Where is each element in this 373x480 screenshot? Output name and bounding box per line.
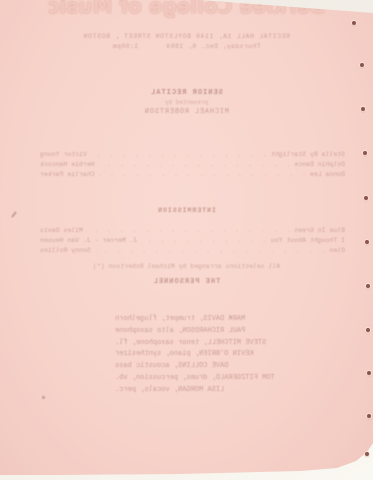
- song-title: Oleo: [329, 247, 345, 254]
- personnel-line: TOM FITZGERALD, drums, percussion, vb.: [115, 373, 275, 385]
- program-line: Stella By Starlight . . . . . . . . . . …: [40, 151, 345, 158]
- recital-title: SENIOR RECITAL: [0, 89, 373, 97]
- song-title: Dolphin Dance: [294, 161, 345, 168]
- dot-leader: . . . . . . . . . . . . . . . . . . . . …: [95, 247, 326, 254]
- song-credit: Miles Davis: [40, 227, 83, 234]
- personnel-line: LISA MORGAN, vocals, perc.: [115, 385, 275, 397]
- punch-hole: [364, 196, 368, 200]
- program-line: Dolphin Dance . . . . . . . . . . . . . …: [40, 161, 345, 168]
- personnel-line: MARK DAVIS, trumpet, flugelhorn: [115, 314, 275, 326]
- dot-leader: . . . . . . . . . . . . . . . . . . . . …: [91, 151, 267, 158]
- personnel-line: KEVIN O'BRIEN, piano, synthesizer: [115, 349, 275, 361]
- song-credit: Herbie Hancock: [40, 161, 95, 168]
- presented-by-label: presented by: [0, 99, 373, 106]
- program-line: I Thought About You . . . . . . . . . . …: [40, 237, 345, 244]
- song-credit: Charlie Parker: [40, 171, 95, 178]
- dot-leader: . . . . . . . . . . . . . . . . . . . . …: [87, 227, 290, 234]
- dot-leader: . . . . . . . . . . . . . . . . . . . . …: [142, 237, 267, 244]
- song-title: Stella By Starlight: [271, 151, 345, 158]
- punch-hole: [361, 107, 365, 111]
- bleedthrough-layer: Berklee College of Music RECITAL HALL 1A…: [0, 0, 373, 480]
- song-credit: Sonny Rollins: [40, 247, 91, 254]
- program-line: Donna Lee . . . . . . . . . . . . . . . …: [40, 171, 345, 178]
- song-title: Donna Lee: [310, 171, 345, 178]
- dust-speck: [229, 316, 231, 318]
- punch-hole: [367, 371, 371, 375]
- song-credit: J. Mercer - J. Van Heusen: [40, 237, 138, 244]
- song-title: I Thought About You: [271, 237, 345, 244]
- punch-hole: [366, 328, 370, 332]
- bleedthrough-logo: Berklee College of Music: [0, 0, 373, 18]
- venue-line: RECITAL HALL 1A, 1140 BOYLSTON STREET , …: [0, 33, 373, 40]
- song-credit: Victor Young: [40, 151, 87, 158]
- dot-leader: . . . . . . . . . . . . . . . . . . . . …: [99, 171, 306, 178]
- punch-hole: [367, 414, 371, 418]
- performer-name: MICHAEL ROBERTSON: [0, 108, 373, 116]
- punch-hole: [363, 151, 367, 155]
- program-line: Oleo . . . . . . . . . . . . . . . . . .…: [40, 247, 345, 254]
- punch-hole: [365, 240, 369, 244]
- punch-hole: [360, 63, 364, 67]
- personnel-list: MARK DAVIS, trumpet, flugelhorn PAUL RIC…: [115, 314, 275, 397]
- program-line: Blue In Green . . . . . . . . . . . . . …: [40, 227, 345, 234]
- punch-hole: [352, 21, 356, 25]
- date-text: Thursday, Dec. 6, 1984: [166, 43, 261, 50]
- song-title: Blue In Green: [294, 227, 345, 234]
- paper: Berklee College of Music RECITAL HALL 1A…: [0, 0, 373, 480]
- personnel-line: STEVE MITCHELL, tenor saxophone, fl.: [115, 338, 275, 350]
- personnel-line: PAUL RICHARDSON, alto saxophone: [115, 326, 275, 338]
- dot-leader: . . . . . . . . . . . . . . . . . . . . …: [99, 161, 291, 168]
- arranger-note: All selections arranged by Michael Rober…: [0, 263, 373, 270]
- dust-speck: [42, 396, 45, 399]
- date-line: Thursday, Dec. 6, 19841:00pm: [0, 43, 373, 50]
- personnel-line: DAVE COLLINS, acoustic bass: [115, 361, 275, 373]
- time-text: 1:00pm: [112, 43, 138, 50]
- scanned-page: Berklee College of Music RECITAL HALL 1A…: [0, 0, 373, 480]
- personnel-heading: THE PERSONNEL: [0, 278, 373, 286]
- intermission-heading: INTERMISSION: [0, 207, 373, 214]
- punch-hole: [366, 284, 370, 288]
- punch-hole: [365, 452, 369, 456]
